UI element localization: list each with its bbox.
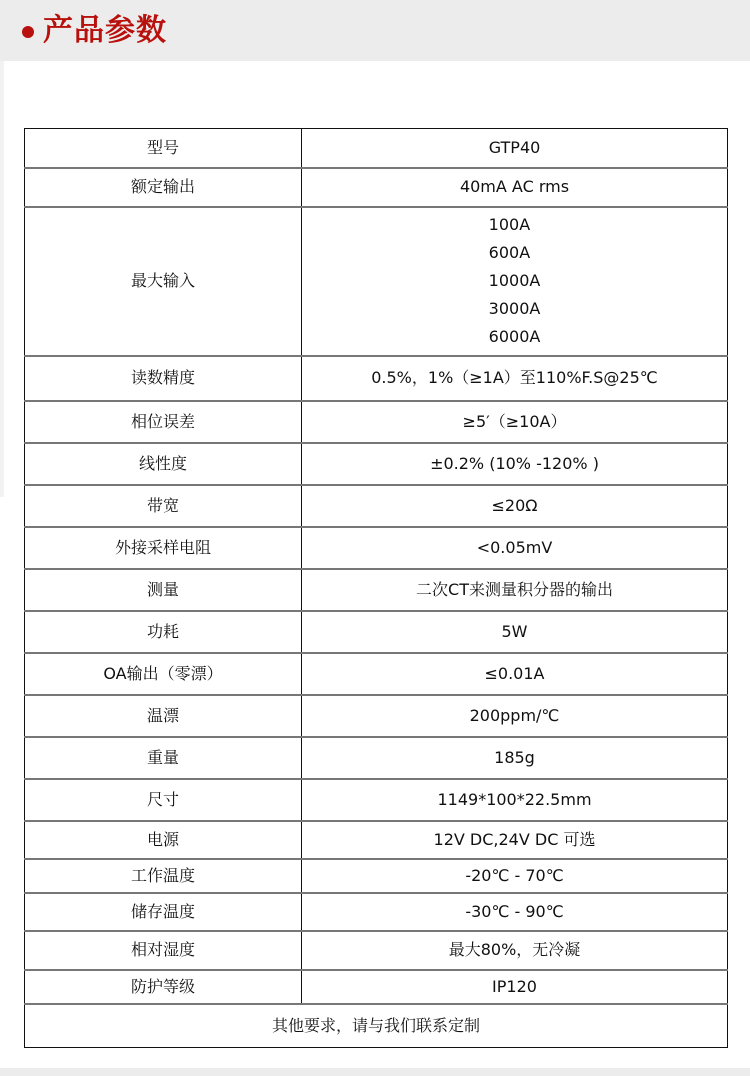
row-label: 型号 [25,129,302,168]
row-label: 电源 [25,821,302,859]
spec-table: 型号 GTP40 额定输出 40mA AC rms 最大输入 100A 600A… [24,128,728,1048]
table-row: 重量 185g [25,737,728,779]
row-label: 相位误差 [25,401,302,443]
row-label: 最大输入 [25,207,302,356]
row-label: 温漂 [25,695,302,737]
section-title: 产品参数 [43,11,167,51]
row-value: GTP40 [302,129,728,168]
list-item: 600A [489,239,541,267]
row-value: -30℃ - 90℃ [302,893,728,931]
table-row: 线性度 ±0.2% (10% -120% ) [25,443,728,485]
table-row: 温漂 200ppm/℃ [25,695,728,737]
row-value: IP120 [302,970,728,1004]
table-footer-row: 其他要求，请与我们联系定制 [25,1004,728,1048]
row-label: 带宽 [25,485,302,527]
row-label: 相对湿度 [25,931,302,970]
row-value: 1149*100*22.5mm [302,779,728,821]
table-row: 功耗 5W [25,611,728,653]
row-label: 额定输出 [25,168,302,207]
table-row: 储存温度 -30℃ - 90℃ [25,893,728,931]
row-value: <0.05mV [302,527,728,569]
row-label: 功耗 [25,611,302,653]
row-value: ≤0.01A [302,653,728,695]
row-value: 二次CT来测量积分器的输出 [302,569,728,611]
list-item: 3000A [489,295,541,323]
row-label: 防护等级 [25,970,302,1004]
table-row: 相位误差 ≥5′（≥10A） [25,401,728,443]
row-label: 重量 [25,737,302,779]
table-row: 相对湿度 最大80%，无冷凝 [25,931,728,970]
table-row: OA输出（零漂） ≤0.01A [25,653,728,695]
row-value: 200ppm/℃ [302,695,728,737]
left-edge-strip [0,61,4,497]
bullet-dot-icon [22,26,34,38]
section-header: 产品参数 [0,0,750,61]
table-row: 型号 GTP40 [25,129,728,168]
row-label: 外接采样电阻 [25,527,302,569]
max-input-list: 100A 600A 1000A 3000A 6000A [489,211,541,351]
row-label: 储存温度 [25,893,302,931]
row-value: 12V DC,24V DC 可选 [302,821,728,859]
row-label: 读数精度 [25,356,302,401]
table-row: 外接采样电阻 <0.05mV [25,527,728,569]
bottom-edge-strip [0,1068,750,1076]
table-row: 额定输出 40mA AC rms [25,168,728,207]
row-value: ±0.2% (10% -120% ) [302,443,728,485]
row-value: ≥5′（≥10A） [302,401,728,443]
list-item: 1000A [489,267,541,295]
row-value: ≤20Ω [302,485,728,527]
table-row: 电源 12V DC,24V DC 可选 [25,821,728,859]
row-value: 100A 600A 1000A 3000A 6000A [302,207,728,356]
row-label: 线性度 [25,443,302,485]
row-value: 40mA AC rms [302,168,728,207]
table-row: 最大输入 100A 600A 1000A 3000A 6000A [25,207,728,356]
row-value: 185g [302,737,728,779]
table-row: 带宽 ≤20Ω [25,485,728,527]
list-item: 100A [489,211,541,239]
row-label: 尺寸 [25,779,302,821]
table-row: 读数精度 0.5%，1%（≥1A）至110%F.S@25℃ [25,356,728,401]
table-row: 尺寸 1149*100*22.5mm [25,779,728,821]
row-value: -20℃ - 70℃ [302,859,728,893]
list-item: 6000A [489,323,541,351]
table-row: 防护等级 IP120 [25,970,728,1004]
row-value: 最大80%，无冷凝 [302,931,728,970]
footer-note: 其他要求，请与我们联系定制 [25,1004,728,1048]
row-label: 工作温度 [25,859,302,893]
row-label: OA输出（零漂） [25,653,302,695]
row-label: 测量 [25,569,302,611]
table-row: 工作温度 -20℃ - 70℃ [25,859,728,893]
row-value: 0.5%，1%（≥1A）至110%F.S@25℃ [302,356,728,401]
table-row: 测量 二次CT来测量积分器的输出 [25,569,728,611]
row-value: 5W [302,611,728,653]
